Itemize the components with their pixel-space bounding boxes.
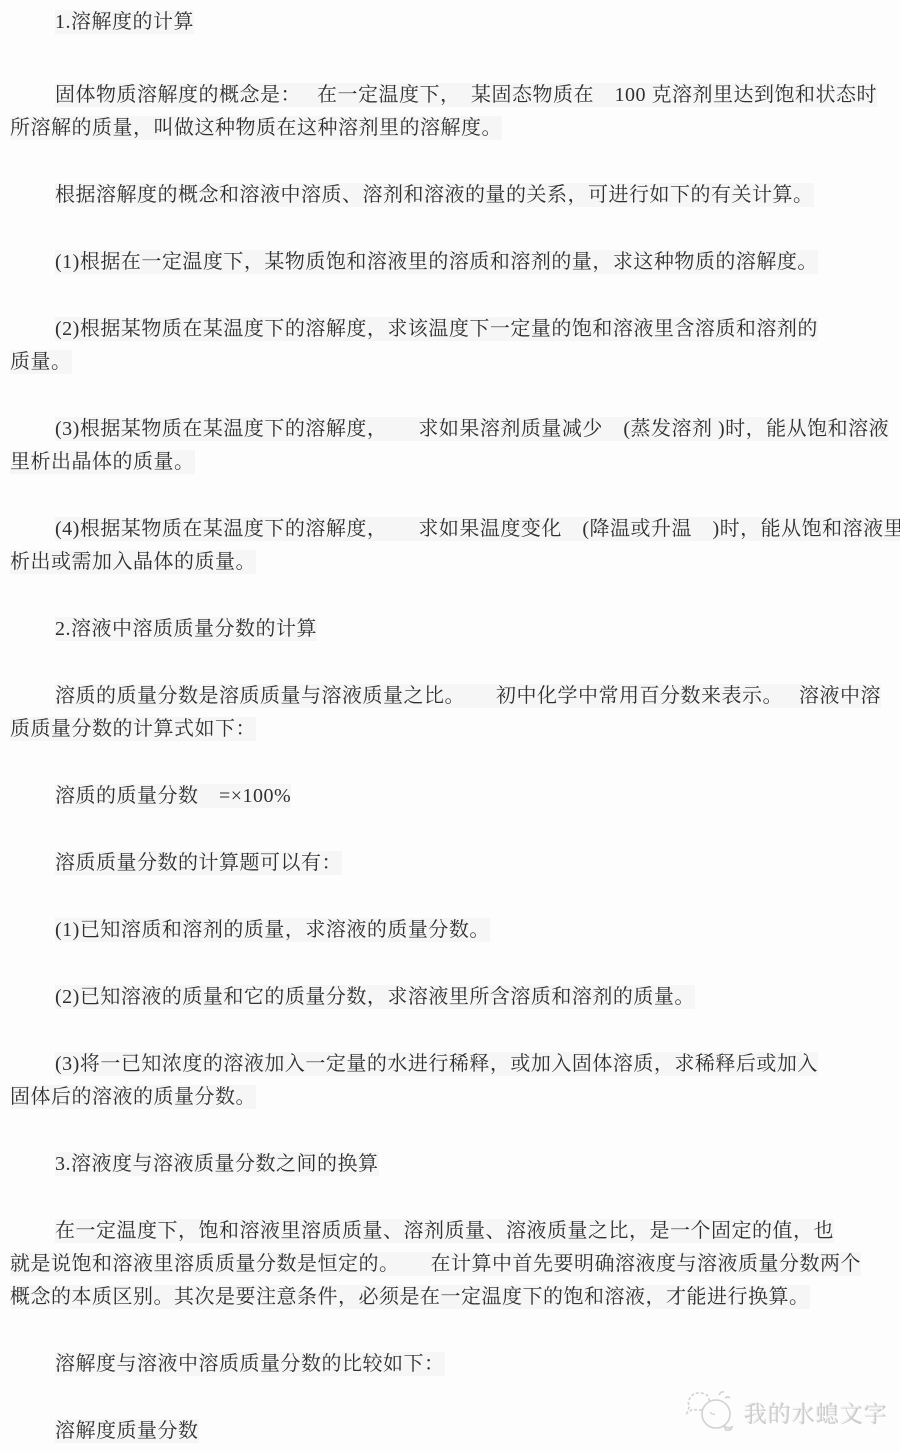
heading-text: 1.溶解度的计算	[55, 10, 194, 34]
text-line: (2)已知溶液的质量和它的质量分数，求溶液里所含溶质和溶剂的质量。	[55, 985, 695, 1009]
text-line: (1)根据在一定温度下，某物质饱和溶液里的溶质和溶剂的量，求这种物质的溶解度。	[55, 250, 818, 274]
formula-text: 溶质的质量分数 =×100%	[55, 784, 291, 808]
document-body: 1.溶解度的计算 固体物质溶解度的概念是： 在一定温度下， 某固态物质在 100…	[0, 0, 900, 1448]
paragraph-problem-types-intro: 溶质质量分数的计算题可以有：	[10, 847, 890, 880]
formula-mass-fraction: 溶质的质量分数 =×100%	[10, 780, 890, 813]
text-line: 析出或需加入晶体的质量。	[10, 550, 256, 574]
text-line: (1)已知溶质和溶剂的质量，求溶液的质量分数。	[55, 918, 490, 942]
list-item-3: (3)根据某物质在某温度下的溶解度， 求如果溶剂质量减少 (蒸发溶剂 )时，能从…	[10, 413, 890, 479]
watermark: 我的水螅文字	[683, 1386, 888, 1438]
paragraph-conversion-explanation: 在一定温度下，饱和溶液里溶质质量、溶剂质量、溶液质量之比，是一个固定的值，也 就…	[10, 1215, 890, 1314]
paragraph-solubility-definition: 固体物质溶解度的概念是： 在一定温度下， 某固态物质在 100 克溶剂里达到饱和…	[10, 79, 890, 145]
section-2-heading: 2.溶液中溶质质量分数的计算	[10, 613, 890, 646]
problem-type-1: (1)已知溶质和溶剂的质量，求溶液的质量分数。	[10, 914, 890, 947]
text-line: (3)根据某物质在某温度下的溶解度， 求如果溶剂质量减少 (蒸发溶剂 )时，能从…	[55, 417, 889, 441]
text-line: (3)将一已知浓度的溶液加入一定量的水进行稀释，或加入固体溶质，求稀释后或加入	[55, 1052, 818, 1076]
section-1-heading: 1.溶解度的计算	[10, 6, 890, 39]
watermark-text: 我的水螅文字	[744, 1396, 888, 1429]
paragraph-comparison-intro: 溶解度与溶液中溶质质量分数的比较如下：	[10, 1348, 890, 1381]
text-line: 就是说饱和溶液里溶质质量分数是恒定的。 在计算中首先要明确溶液度与溶液质量分数两…	[10, 1252, 861, 1276]
text-line: 固体后的溶液的质量分数。	[10, 1085, 256, 1109]
text-line: (2)根据某物质在某温度下的溶解度，求该温度下一定量的饱和溶液里含溶质和溶剂的	[55, 317, 818, 341]
list-item-2: (2)根据某物质在某温度下的溶解度，求该温度下一定量的饱和溶液里含溶质和溶剂的 …	[10, 313, 890, 379]
heading-text: 3.溶液度与溶液质量分数之间的换算	[55, 1152, 379, 1176]
text-line: 里析出晶体的质量。	[10, 450, 195, 474]
text-line: (4)根据某物质在某温度下的溶解度， 求如果温度变化 (降温或升温 )时，能从饱…	[55, 517, 900, 541]
problem-type-2: (2)已知溶液的质量和它的质量分数，求溶液里所含溶质和溶剂的质量。	[10, 981, 890, 1014]
mascot-bubble-icon	[683, 1386, 739, 1438]
text-line: 溶质质量分数的计算题可以有：	[55, 851, 342, 875]
text-line: 概念的本质区别。其次是要注意条件，必须是在一定温度下的饱和溶液，才能进行换算。	[10, 1285, 810, 1309]
paragraph-mass-fraction-definition: 溶质的质量分数是溶质质量与溶液质量之比。 初中化学中常用百分数来表示。 溶液中溶…	[10, 680, 890, 746]
section-3-heading: 3.溶液度与溶液质量分数之间的换算	[10, 1148, 890, 1181]
list-item-4: (4)根据某物质在某温度下的溶解度， 求如果温度变化 (降温或升温 )时，能从饱…	[10, 513, 890, 579]
problem-type-3: (3)将一已知浓度的溶液加入一定量的水进行稀释，或加入固体溶质，求稀释后或加入 …	[10, 1048, 890, 1114]
text-line: 固体物质溶解度的概念是： 在一定温度下， 某固态物质在 100 克溶剂里达到饱和…	[55, 83, 877, 107]
paragraph-calc-intro: 根据溶解度的概念和溶液中溶质、溶剂和溶液的量的关系，可进行如下的有关计算。	[10, 179, 890, 212]
text-line: 溶解度与溶液中溶质质量分数的比较如下：	[55, 1352, 445, 1376]
list-item-1: (1)根据在一定温度下，某物质饱和溶液里的溶质和溶剂的量，求这种物质的溶解度。	[10, 246, 890, 279]
text-line: 溶质的质量分数是溶质质量与溶液质量之比。 初中化学中常用百分数来表示。 溶液中溶	[55, 684, 881, 708]
text-line: 质量。	[10, 350, 72, 374]
text-line: 在一定温度下，饱和溶液里溶质质量、溶剂质量、溶液质量之比，是一个固定的值，也	[55, 1219, 834, 1243]
text-line: 根据溶解度的概念和溶液中溶质、溶剂和溶液的量的关系，可进行如下的有关计算。	[55, 183, 814, 207]
text-line: 质质量分数的计算式如下：	[10, 717, 256, 741]
heading-text: 2.溶液中溶质质量分数的计算	[55, 617, 317, 641]
text-line: 所溶解的质量，叫做这种物质在这种溶剂里的溶解度。	[10, 116, 502, 140]
text-line: 溶解度质量分数	[55, 1419, 199, 1443]
